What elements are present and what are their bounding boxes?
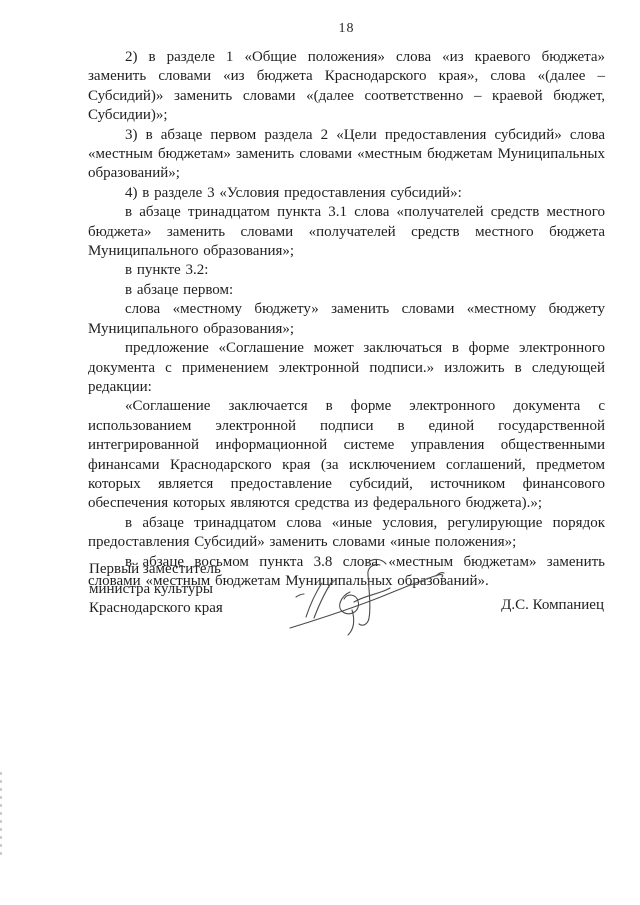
document-body: 2) в разделе 1 «Общие положения» слова «… [88, 48, 605, 591]
scan-artifact-marks [0, 772, 2, 860]
signatory-name: Д.С. Компаниец [501, 597, 604, 614]
paragraph-clause-3-2: в пункте 3.2: [88, 261, 605, 280]
signature-scribble-icon [276, 550, 456, 650]
paragraph-amendment-4: 4) в разделе 3 «Условия предоставления с… [88, 184, 605, 203]
paragraph-amendment-3: 3) в абзаце первом раздела 2 «Цели предо… [88, 126, 605, 184]
paragraph-new-wording: «Соглашение заключается в форме электрон… [88, 397, 605, 513]
paragraph-amendment-2: 2) в разделе 1 «Общие положения» слова «… [88, 48, 605, 126]
page-number: 18 [88, 21, 605, 37]
signatory-title-line-2: министра культуры [89, 580, 223, 600]
signatory-title: Первый заместитель министра культуры Кра… [89, 560, 223, 619]
signature-block: Первый заместитель министра культуры Кра… [0, 560, 640, 670]
signatory-title-line-1: Первый заместитель [89, 560, 223, 580]
signatory-title-line-3: Краснодарского края [89, 599, 223, 619]
paragraph-local-budget: слова «местному бюджету» заменить словам… [88, 300, 605, 339]
paragraph-first-abzac: в абзаце первом: [88, 281, 605, 300]
document-page: 18 2) в разделе 1 «Общие положения» слов… [0, 0, 640, 905]
paragraph-clause-3-1: в абзаце тринадцатом пункта 3.1 слова «п… [88, 203, 605, 261]
paragraph-sentence-replace: предложение «Соглашение может заключатьс… [88, 339, 605, 397]
paragraph-thirteenth-abzac: в абзаце тринадцатом слова «иные условия… [88, 514, 605, 553]
